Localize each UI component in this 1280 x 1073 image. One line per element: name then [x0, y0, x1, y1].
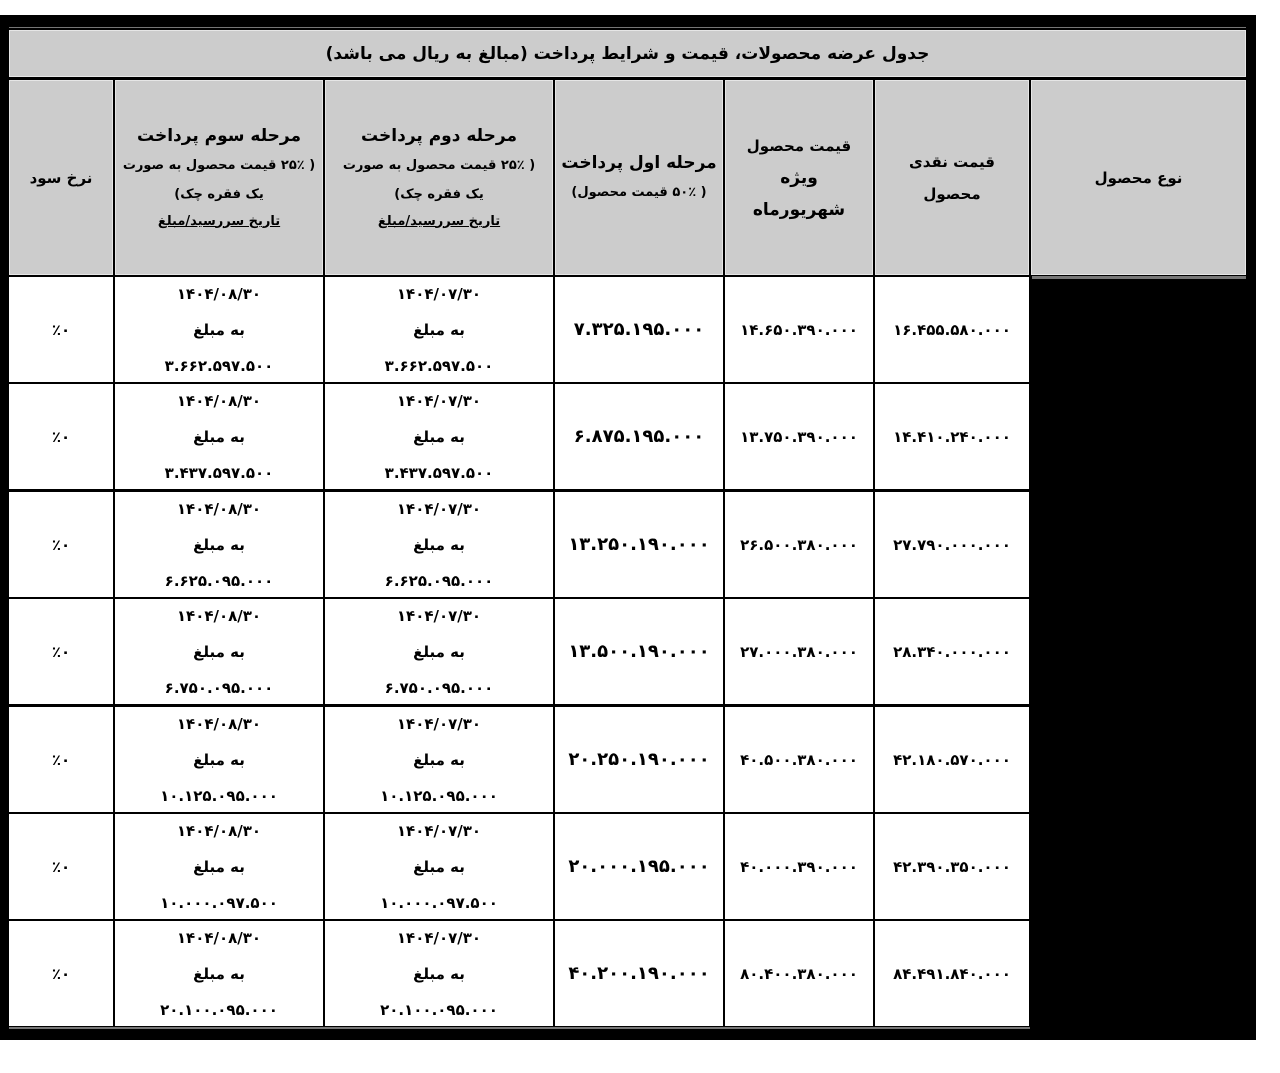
header-stage2-sub1: ( ۲۵٪ قیمت محصول به صورت: [343, 151, 535, 180]
special-value: ۱۳.۷۵۰.۳۹۰.۰۰۰: [740, 428, 858, 446]
cell-stage1: ۲۰.۰۰۰.۱۹۵.۰۰۰: [555, 814, 723, 919]
header-stage1-title: مرحله اول پرداخت: [561, 148, 716, 178]
cell-stage1: ۲۰.۲۵۰.۱۹۰.۰۰۰: [555, 707, 723, 812]
amount-label: به مبلغ: [413, 527, 465, 563]
special-value: ۸۰.۴۰۰.۳۸۰.۰۰۰: [740, 965, 858, 983]
cash-value: ۲۸.۳۴۰.۰۰۰.۰۰۰: [893, 643, 1011, 661]
header-product-type-label: نوع محصول: [1095, 162, 1183, 194]
header-interest-label: نرخ سود: [30, 162, 93, 194]
cell-stage2: ۱۴۰۴/۰۷/۳۰به مبلغ۲۰.۱۰۰.۰۹۵.۰۰۰: [325, 921, 553, 1026]
cell-special: ۲۷.۰۰۰.۳۸۰.۰۰۰: [725, 599, 873, 704]
cell-special: ۴۰.۵۰۰.۳۸۰.۰۰۰: [725, 707, 873, 812]
cell-special: ۲۶.۵۰۰.۳۸۰.۰۰۰: [725, 492, 873, 597]
cell-stage1: ۷.۳۲۵.۱۹۵.۰۰۰: [555, 277, 723, 382]
header-stage3-title: مرحله سوم پرداخت: [137, 121, 301, 151]
header-cash-price-line2: محصول: [923, 178, 980, 210]
cell-interest: ٪۰: [9, 277, 113, 382]
stage3-amount: ۶.۶۲۵.۰۹۵.۰۰۰: [165, 563, 274, 599]
cell-interest: ٪۰: [9, 921, 113, 1026]
table-title-bar: جدول عرضه محصولات، قیمت و شرایط پرداخت (…: [9, 30, 1246, 77]
special-value: ۲۷.۰۰۰.۳۸۰.۰۰۰: [740, 643, 858, 661]
stage3-due-date: ۱۴۰۴/۰۸/۳۰: [177, 813, 261, 849]
interest-value: ٪۰: [52, 536, 70, 554]
amount-label: به مبلغ: [413, 312, 465, 348]
cell-stage2: ۱۴۰۴/۰۷/۳۰به مبلغ۶.۷۵۰.۰۹۵.۰۰۰: [325, 599, 553, 704]
stage3-due-date: ۱۴۰۴/۰۸/۳۰: [177, 706, 261, 742]
amount-label: به مبلغ: [413, 419, 465, 455]
cell-stage2: ۱۴۰۴/۰۷/۳۰به مبلغ۳.۶۶۲.۵۹۷.۵۰۰: [325, 277, 553, 382]
table-title: جدول عرضه محصولات، قیمت و شرایط پرداخت (…: [326, 44, 930, 64]
stage2-due-date: ۱۴۰۴/۰۷/۳۰: [397, 276, 481, 312]
header-special-price-line1: قیمت محصول: [747, 130, 851, 162]
header-special-price-line3: شهریورماه: [753, 194, 845, 226]
stage3-due-date: ۱۴۰۴/۰۸/۳۰: [177, 383, 261, 419]
cash-value: ۸۴.۴۹۱.۸۴۰.۰۰۰: [893, 965, 1011, 983]
interest-value: ٪۰: [52, 965, 70, 983]
stage1-value: ۶.۸۷۵.۱۹۵.۰۰۰: [574, 426, 704, 447]
cell-stage1: ۴۰.۲۰۰.۱۹۰.۰۰۰: [555, 921, 723, 1026]
cell-interest: ٪۰: [9, 492, 113, 597]
header-interest: نرخ سود: [9, 80, 113, 275]
cash-value: ۱۶.۴۵۵.۵۸۰.۰۰۰: [893, 321, 1011, 339]
header-stage2-sub3: تاریخ سررسید/مبلغ: [378, 209, 500, 235]
cell-cash: ۱۶.۴۵۵.۵۸۰.۰۰۰: [875, 277, 1029, 382]
header-special-price: قیمت محصول ویژه شهریورماه: [725, 80, 873, 275]
header-stage1-sub: ( ۵۰٪ قیمت محصول): [571, 178, 706, 207]
stage2-amount: ۳.۴۳۷.۵۹۷.۵۰۰: [385, 455, 494, 491]
cell-interest: ٪۰: [9, 707, 113, 812]
header-special-price-line2: ویژه: [780, 162, 818, 194]
stage2-amount: ۳.۶۶۲.۵۹۷.۵۰۰: [385, 348, 494, 384]
header-stage2-sub2: یک فقره چک): [394, 180, 484, 209]
stage3-amount: ۲۰.۱۰۰.۰۹۵.۰۰۰: [160, 992, 278, 1028]
stage2-amount: ۶.۶۲۵.۰۹۵.۰۰۰: [385, 563, 494, 599]
special-value: ۴۰.۰۰۰.۳۹۰.۰۰۰: [740, 858, 858, 876]
special-value: ۱۴.۶۵۰.۳۹۰.۰۰۰: [740, 321, 858, 339]
stage3-amount: ۳.۶۶۲.۵۹۷.۵۰۰: [165, 348, 274, 384]
cell-cash: ۴۲.۳۹۰.۳۵۰.۰۰۰: [875, 814, 1029, 919]
cell-stage3: ۱۴۰۴/۰۸/۳۰به مبلغ۶.۷۵۰.۰۹۵.۰۰۰: [115, 599, 323, 704]
stage2-due-date: ۱۴۰۴/۰۷/۳۰: [397, 920, 481, 956]
stage1-value: ۷.۳۲۵.۱۹۵.۰۰۰: [574, 319, 704, 340]
stage3-amount: ۶.۷۵۰.۰۹۵.۰۰۰: [165, 670, 274, 706]
stage3-due-date: ۱۴۰۴/۰۸/۳۰: [177, 598, 261, 634]
interest-value: ٪۰: [52, 643, 70, 661]
stage2-amount: ۶.۷۵۰.۰۹۵.۰۰۰: [385, 670, 494, 706]
stage1-value: ۲۰.۲۵۰.۱۹۰.۰۰۰: [568, 749, 709, 770]
header-stage3-sub3: تاریخ سررسید/مبلغ: [158, 209, 280, 235]
stage2-due-date: ۱۴۰۴/۰۷/۳۰: [397, 813, 481, 849]
divider: [9, 27, 1246, 28]
stage3-due-date: ۱۴۰۴/۰۸/۳۰: [177, 491, 261, 527]
cell-interest: ٪۰: [9, 814, 113, 919]
cell-stage1: ۶.۸۷۵.۱۹۵.۰۰۰: [555, 384, 723, 489]
stage1-value: ۲۰.۰۰۰.۱۹۵.۰۰۰: [568, 856, 709, 877]
stage3-due-date: ۱۴۰۴/۰۸/۳۰: [177, 276, 261, 312]
stage3-due-date: ۱۴۰۴/۰۸/۳۰: [177, 920, 261, 956]
cell-special: ۱۳.۷۵۰.۳۹۰.۰۰۰: [725, 384, 873, 489]
cell-special: ۱۴.۶۵۰.۳۹۰.۰۰۰: [725, 277, 873, 382]
stage3-amount: ۳.۴۳۷.۵۹۷.۵۰۰: [165, 455, 274, 491]
stage2-due-date: ۱۴۰۴/۰۷/۳۰: [397, 598, 481, 634]
cell-cash: ۱۴.۴۱۰.۲۴۰.۰۰۰: [875, 384, 1029, 489]
amount-label: به مبلغ: [413, 742, 465, 778]
stage3-amount: ۱۰.۰۰۰.۰۹۷.۵۰۰: [160, 885, 278, 921]
stage1-value: ۴۰.۲۰۰.۱۹۰.۰۰۰: [568, 963, 709, 984]
cell-stage3: ۱۴۰۴/۰۸/۳۰به مبلغ۶.۶۲۵.۰۹۵.۰۰۰: [115, 492, 323, 597]
amount-label: به مبلغ: [193, 849, 245, 885]
cell-cash: ۴۲.۱۸۰.۵۷۰.۰۰۰: [875, 707, 1029, 812]
cell-interest: ٪۰: [9, 599, 113, 704]
header-cash-price: قیمت نقدی محصول: [875, 80, 1029, 275]
cell-cash: ۸۴.۴۹۱.۸۴۰.۰۰۰: [875, 921, 1029, 1026]
header-stage3-sub1: ( ۲۵٪ قیمت محصول به صورت: [123, 151, 315, 180]
interest-value: ٪۰: [52, 428, 70, 446]
cell-stage3: ۱۴۰۴/۰۸/۳۰به مبلغ۲۰.۱۰۰.۰۹۵.۰۰۰: [115, 921, 323, 1026]
amount-label: به مبلغ: [413, 634, 465, 670]
interest-value: ٪۰: [52, 858, 70, 876]
special-value: ۲۶.۵۰۰.۳۸۰.۰۰۰: [740, 536, 858, 554]
amount-label: به مبلغ: [193, 312, 245, 348]
header-stage1: مرحله اول پرداخت ( ۵۰٪ قیمت محصول): [555, 80, 723, 275]
amount-label: به مبلغ: [193, 527, 245, 563]
special-value: ۴۰.۵۰۰.۳۸۰.۰۰۰: [740, 751, 858, 769]
amount-label: به مبلغ: [193, 419, 245, 455]
stage3-amount: ۱۰.۱۲۵.۰۹۵.۰۰۰: [160, 778, 278, 814]
divider: [9, 1027, 1030, 1029]
divider: [1032, 276, 1246, 279]
cell-stage2: ۱۴۰۴/۰۷/۳۰به مبلغ۳.۴۳۷.۵۹۷.۵۰۰: [325, 384, 553, 489]
stage2-due-date: ۱۴۰۴/۰۷/۳۰: [397, 706, 481, 742]
cell-stage2: ۱۴۰۴/۰۷/۳۰به مبلغ۱۰.۰۰۰.۰۹۷.۵۰۰: [325, 814, 553, 919]
header-stage3-sub2: یک فقره چک): [174, 180, 264, 209]
amount-label: به مبلغ: [193, 956, 245, 992]
cell-stage2: ۱۴۰۴/۰۷/۳۰به مبلغ۱۰.۱۲۵.۰۹۵.۰۰۰: [325, 707, 553, 812]
cash-value: ۴۲.۳۹۰.۳۵۰.۰۰۰: [893, 858, 1011, 876]
stage2-amount: ۲۰.۱۰۰.۰۹۵.۰۰۰: [380, 992, 498, 1028]
cell-stage1: ۱۳.۲۵۰.۱۹۰.۰۰۰: [555, 492, 723, 597]
cash-value: ۱۴.۴۱۰.۲۴۰.۰۰۰: [893, 428, 1011, 446]
stage2-due-date: ۱۴۰۴/۰۷/۳۰: [397, 491, 481, 527]
cell-special: ۸۰.۴۰۰.۳۸۰.۰۰۰: [725, 921, 873, 1026]
cell-stage2: ۱۴۰۴/۰۷/۳۰به مبلغ۶.۶۲۵.۰۹۵.۰۰۰: [325, 492, 553, 597]
header-product-type: نوع محصول: [1031, 80, 1246, 275]
cell-special: ۴۰.۰۰۰.۳۹۰.۰۰۰: [725, 814, 873, 919]
stage2-amount: ۱۰.۱۲۵.۰۹۵.۰۰۰: [380, 778, 498, 814]
stage1-value: ۱۳.۵۰۰.۱۹۰.۰۰۰: [568, 641, 709, 662]
cell-stage3: ۱۴۰۴/۰۸/۳۰به مبلغ۳.۴۳۷.۵۹۷.۵۰۰: [115, 384, 323, 489]
cash-value: ۴۲.۱۸۰.۵۷۰.۰۰۰: [893, 751, 1011, 769]
interest-value: ٪۰: [52, 321, 70, 339]
cell-stage1: ۱۳.۵۰۰.۱۹۰.۰۰۰: [555, 599, 723, 704]
stage2-amount: ۱۰.۰۰۰.۰۹۷.۵۰۰: [380, 885, 498, 921]
cell-stage3: ۱۴۰۴/۰۸/۳۰به مبلغ۳.۶۶۲.۵۹۷.۵۰۰: [115, 277, 323, 382]
amount-label: به مبلغ: [413, 849, 465, 885]
stage2-due-date: ۱۴۰۴/۰۷/۳۰: [397, 383, 481, 419]
header-cash-price-line1: قیمت نقدی: [909, 146, 995, 178]
amount-label: به مبلغ: [193, 742, 245, 778]
header-stage3: مرحله سوم پرداخت ( ۲۵٪ قیمت محصول به صور…: [115, 80, 323, 275]
cell-stage3: ۱۴۰۴/۰۸/۳۰به مبلغ۱۰.۰۰۰.۰۹۷.۵۰۰: [115, 814, 323, 919]
header-stage2-title: مرحله دوم پرداخت: [361, 121, 517, 151]
cell-cash: ۲۷.۷۹۰.۰۰۰.۰۰۰: [875, 492, 1029, 597]
cash-value: ۲۷.۷۹۰.۰۰۰.۰۰۰: [893, 536, 1011, 554]
header-stage2: مرحله دوم پرداخت ( ۲۵٪ قیمت محصول به صور…: [325, 80, 553, 275]
stage1-value: ۱۳.۲۵۰.۱۹۰.۰۰۰: [568, 534, 709, 555]
amount-label: به مبلغ: [413, 956, 465, 992]
cell-stage3: ۱۴۰۴/۰۸/۳۰به مبلغ۱۰.۱۲۵.۰۹۵.۰۰۰: [115, 707, 323, 812]
cell-interest: ٪۰: [9, 384, 113, 489]
interest-value: ٪۰: [52, 751, 70, 769]
amount-label: به مبلغ: [193, 634, 245, 670]
cell-cash: ۲۸.۳۴۰.۰۰۰.۰۰۰: [875, 599, 1029, 704]
